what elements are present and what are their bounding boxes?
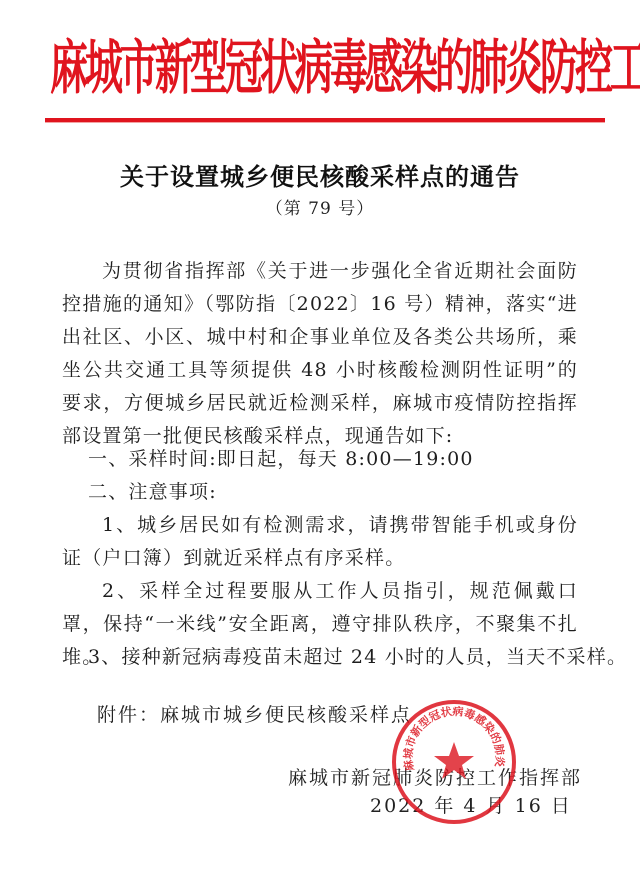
section-notes-heading: 二、注意事项:: [88, 476, 217, 509]
note-item-3: 3、接种新冠病毒疫苗未超过 24 小时的人员，当天不采样。: [88, 641, 627, 674]
official-seal: 麻城市新型冠状病毒感染的肺炎防控工作指挥部: [392, 700, 516, 824]
letterhead-red-rule: [45, 118, 605, 123]
seal-star-icon: 麻城市新型冠状病毒感染的肺炎防控工作指挥部: [392, 700, 516, 824]
section-sampling-time: 一、采样时间:即日起，每天 8:00—19:00: [88, 443, 474, 476]
attachment-line: 附件：麻城市城乡便民核酸采样点: [97, 700, 412, 727]
notice-number: （第 79 号）: [0, 194, 640, 219]
intro-paragraph: 为贯彻省指挥部《关于进一步强化全省近期社会面防控措施的通知》（鄂防指〔2022〕…: [62, 255, 578, 453]
notice-title: 关于设置城乡便民核酸采样点的通告: [0, 157, 640, 192]
note-item-1: 1、城乡居民如有检测需求，请携带智能手机或身份证（户口簿）到就近采样点有序采样。: [62, 509, 578, 575]
letterhead-title: 麻城市新型冠状病毒感染的肺炎防控工作指挥部: [50, 12, 598, 124]
